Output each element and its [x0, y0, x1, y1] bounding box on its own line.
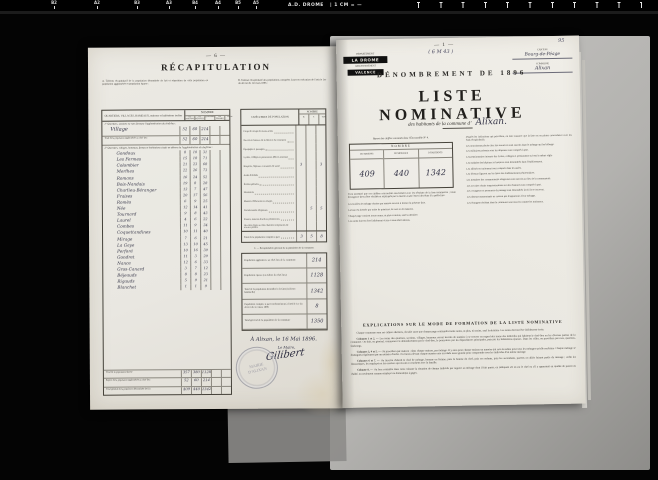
- row-value-empty: [209, 126, 219, 135]
- total-value: 1128: [201, 370, 211, 378]
- category-value: [316, 169, 326, 178]
- recap-label: Total de la population dénombrée de fait…: [244, 288, 304, 294]
- quartier-name: Blanchet: [103, 284, 180, 291]
- table-recap-generale: Population agglomérée au chef-lieu de la…: [241, 252, 327, 331]
- category-label: Hospices, hôpitaux et maisons de santé: [244, 166, 280, 169]
- category-value: 3: [316, 160, 326, 169]
- dotted-leader: [269, 209, 294, 212]
- category-value: [306, 222, 316, 231]
- category-label: Lycées, collèges et pensionnats (élèves …: [244, 157, 288, 160]
- category-value: [306, 169, 316, 178]
- category-label: Navires et bateaux de la flotte et du co…: [243, 139, 286, 142]
- intro-paragraph-b: B. Tableau récapitulatif des populations…: [238, 78, 326, 85]
- calibration-ruler: B2 A2 B3 A3 B4 A4 B5 A5 A.D. DROME | 1 C…: [0, 0, 658, 11]
- instructions-column: D'après les indications qui précèdent, o…: [466, 134, 573, 207]
- report-note: Il est essentiel que ces chiffres concor…: [348, 191, 456, 199]
- quartier-name: Village: [102, 126, 179, 135]
- table-quartiers: QUARTIERS, VILLAGES, HAMEAUX, maisons et…: [101, 109, 232, 396]
- canton-value-handwriting: Bourg-de-Péage: [512, 52, 572, 60]
- table-b-subcol: TOT.: [322, 116, 326, 118]
- table-b-total-label: Total de la population comptée à part: [244, 235, 280, 238]
- row-value-empty: [209, 136, 219, 144]
- instruction-line: D'après les indications qui précèdent, o…: [466, 134, 572, 142]
- dotted-leader: [266, 148, 294, 151]
- table-a-subcol: DE FEMMES: [215, 116, 224, 120]
- page-number: — 6 —: [186, 54, 246, 59]
- category-label: Asiles d'aliénés: [244, 175, 258, 178]
- table-b-subcol: H.: [303, 116, 305, 118]
- category-value: [316, 222, 326, 231]
- category-value: [296, 213, 306, 222]
- agglo-total-label: Total de la population agglomérée au che…: [102, 136, 179, 144]
- archive-label: A.D. DROME: [288, 3, 324, 8]
- dotted-leader: [281, 218, 294, 221]
- total-value: 1342: [201, 387, 211, 395]
- ruler-label: A3: [161, 1, 177, 9]
- instruction-line: Les aliénés en traitement sont comptés d…: [466, 165, 572, 170]
- total-value: 214: [201, 378, 211, 386]
- report-column: Report des chiffres constatés dans l'Éta…: [347, 136, 457, 226]
- category-value: [316, 152, 326, 161]
- instruction-line: Les détenus figurent sur les listes des …: [466, 171, 572, 176]
- row-value-empty: [211, 369, 221, 377]
- commune-script-handwriting: Alixan.: [475, 117, 507, 128]
- agglo-total-value: 60: [189, 136, 199, 144]
- category-label: Équipages et passagers: [244, 148, 265, 151]
- agglo-total-value: 214: [199, 136, 209, 144]
- category-label: Séminaires: [244, 192, 254, 195]
- explication-text: On fera connaître dans cette colonne la …: [351, 365, 576, 376]
- agglo-total-value: 52: [179, 136, 189, 144]
- instruction-line: Les ouvriers réunis temporairement sur d…: [467, 182, 573, 187]
- page-number: — 1 —: [414, 42, 474, 48]
- row-value-empty: [219, 126, 229, 135]
- ruler-label: A5: [248, 1, 264, 9]
- category-label: Maisons d'éducation et refuges: [244, 201, 272, 204]
- dotted-leader: [255, 192, 294, 195]
- category-label: Prisons, maisons d'arrêt et pénitenciers: [244, 218, 280, 221]
- scan-band: [0, 11, 658, 14]
- instruction-line: Les membres des communautés religieuses …: [467, 177, 573, 182]
- category-value: [306, 213, 316, 222]
- recap-value: 8: [306, 299, 326, 313]
- total-value: 357: [181, 370, 191, 378]
- ruler-ticks: [418, 2, 642, 8]
- category-value: [305, 134, 315, 143]
- report-col-header: DE MAISONS: [350, 150, 383, 159]
- denombrement-title: DÉNOMBREMENT DE 1896: [367, 68, 537, 79]
- row-value-empty: [219, 136, 229, 144]
- row-value-empty: [221, 378, 231, 386]
- category-value: [315, 134, 325, 143]
- instruction-line: Les feuilles de ménage réunies par maiso…: [348, 201, 456, 206]
- ruler-label: B2: [46, 1, 62, 9]
- total-value: 52: [181, 378, 191, 386]
- recap-label: Population comptée à part conformément à…: [244, 303, 304, 309]
- instruction-line: Les pensionnaires internes des lycées, c…: [466, 154, 572, 159]
- instruction-line: Les voyageurs et personnes de passage so…: [467, 188, 573, 193]
- table-b-subcol: F.: [313, 116, 314, 118]
- total-row: Report de la population agglomérée au ch…: [104, 377, 231, 386]
- category-value: [306, 195, 316, 204]
- category-label: Corps de troupe de toutes armes: [243, 131, 273, 134]
- page-liste-nominative: — 1 — ( 6 M 43 ) 95 DÉPARTEMENT LA DROME…: [336, 36, 586, 408]
- instruction-line: Les absents momentanés ne cessent pas d'…: [467, 194, 573, 199]
- total-label: Report de la population agglomérée au ch…: [104, 378, 181, 386]
- explication-paragraph: Colonne 8. — On fera connaître dans cett…: [351, 365, 576, 376]
- place-date-handwriting: À Alixan, le 16 Mai 1896.: [238, 336, 330, 343]
- table-b-total-row: Total de la population comptée à part 3 …: [242, 230, 326, 242]
- category-value: [295, 143, 305, 152]
- total-value: 440: [191, 387, 201, 395]
- instruction-line: Les étrangers résidant dans la commune s…: [467, 199, 573, 204]
- ruler-label: A2: [89, 1, 105, 9]
- category-value: [295, 134, 305, 143]
- paper-stain: [318, 336, 344, 391]
- recap-value: 1342: [306, 284, 326, 298]
- category-label: Ouvriers réunis sur des chantiers tempor…: [244, 224, 293, 229]
- table-a-footer: Total de la population éparse 357 380 11…: [104, 368, 231, 394]
- report-caption: Report des chiffres constatés dans l'Éta…: [347, 136, 455, 141]
- report-value-maisons: 409: [350, 159, 384, 189]
- recap-label: Population agglomérée au chef-lieu de la…: [244, 259, 296, 262]
- scale-label: | 1 CM = —: [330, 3, 362, 8]
- intro-paragraph-a: A. Tableau récapitulatif de la populatio…: [102, 79, 208, 86]
- dotted-leader: [260, 183, 294, 186]
- category-value: [306, 152, 316, 161]
- recap-row: Total général de la population de la com…: [243, 314, 327, 330]
- row-value: 9: [200, 284, 210, 290]
- instructions-left: Les feuilles de ménage réunies par maiso…: [348, 201, 456, 223]
- recap-label: Population éparse (en dehors du chef-lie…: [244, 274, 286, 277]
- category-value: 5: [306, 204, 316, 213]
- total-value: 60: [191, 378, 201, 386]
- category-value: [316, 195, 326, 204]
- recapitulation-title: RÉCAPITULATION: [128, 61, 304, 72]
- row-value: 52: [179, 126, 189, 135]
- report-table: NOMBRE DE MAISONS DE MÉNAGES D'HABITANTS…: [349, 142, 454, 190]
- total-row: Total général de la population dénombrée…: [104, 385, 231, 394]
- table-categories: CATÉGORIES DE POPULATION NOMBRE H. F. TO…: [240, 108, 327, 243]
- category-label: Écoles spéciales: [244, 183, 259, 186]
- total-label: Total de la population éparse: [104, 370, 181, 378]
- table-row: Blanchet 1 1 9: [103, 284, 230, 291]
- explication-paragraph: Colonnes 1 et 2. — Les noms des quartier…: [350, 334, 575, 348]
- page-recapitulation: — 6 — RÉCAPITULATION A. Tableau récapitu…: [88, 46, 346, 410]
- row-value: 1: [190, 284, 200, 290]
- row-value-empty: [210, 284, 220, 290]
- instruction-line: Les nourrissons placés chez des nourrice…: [466, 142, 572, 147]
- category-value: [316, 213, 326, 222]
- instruction-line: Les militaires présents sous les drapeau…: [466, 148, 572, 153]
- row-value-empty: [220, 284, 230, 290]
- category-value: [295, 125, 305, 134]
- row-value-empty: [221, 386, 231, 394]
- corner-mark-handwriting: 95: [558, 38, 564, 44]
- row-value-empty: [221, 369, 231, 377]
- table-b-header: CATÉGORIES DE POPULATION: [251, 116, 289, 119]
- recap-row: Population éparse (en dehors du chef-lie…: [242, 269, 326, 285]
- dotted-leader: [287, 139, 293, 142]
- category-value: [296, 195, 306, 204]
- cote-handwriting: ( 6 M 43 ): [428, 49, 453, 55]
- category-label: Communautés religieuses: [244, 210, 268, 213]
- instruction-line: Chaque page contient trente noms, ni plu…: [348, 213, 456, 218]
- recap-label: Total général de la population de la com…: [245, 320, 291, 323]
- category-value: [296, 178, 306, 187]
- dotted-leader: [281, 235, 294, 238]
- category-value: [296, 187, 306, 196]
- ruler-label: B4: [187, 1, 203, 9]
- ruler-label: A4: [210, 1, 226, 9]
- instruction-line: La liste est dressée par ordre de quarti…: [348, 207, 456, 212]
- report-col-header: D'HABITANTS: [418, 149, 452, 158]
- row-value: 214: [199, 126, 209, 135]
- recap-row: Total de la population dénombrée de fait…: [242, 284, 326, 300]
- category-value: [296, 222, 306, 231]
- category-value: [296, 152, 306, 161]
- category-value: [315, 143, 325, 152]
- table-c-title: C. — Récapitulation générale de la popul…: [241, 246, 327, 250]
- dotted-leader: [281, 165, 294, 168]
- category-value: [306, 178, 316, 187]
- total-row: Total de la population éparse 357 380 11…: [104, 368, 231, 377]
- instruction-line: Les noms doivent être lisiblement écrits…: [348, 218, 456, 223]
- report-value-habitants: 1342: [418, 158, 453, 188]
- explications-block: Chaque commune aura ses cahiers distinct…: [350, 328, 576, 379]
- total-label: Total général de la population dénombrée…: [104, 387, 181, 395]
- table-b-total-value: 3: [296, 231, 306, 241]
- category-value: [306, 160, 316, 169]
- table-a-subcol: TOTAL: [225, 116, 234, 118]
- table-a-subcol: DE MÉNAGES: [195, 116, 204, 120]
- category-value: [316, 187, 326, 196]
- category-value: [296, 204, 306, 213]
- table-a-subcol: DE MAISONS: [185, 116, 194, 120]
- category-value: [305, 125, 315, 134]
- total-value: 409: [181, 387, 191, 395]
- instruction-line: Les malades des hôpitaux et hospices son…: [466, 160, 572, 165]
- category-value: [315, 125, 325, 134]
- scan-viewer: B2 A2 B3 A3 B4 A4 B5 A5 A.D. DROME | 1 C…: [0, 0, 658, 480]
- row-value: 1: [180, 284, 190, 290]
- table-b-total-value: 5: [306, 231, 316, 241]
- table-b-total-value: 8: [316, 231, 326, 241]
- category-value: [296, 169, 306, 178]
- row-value-empty: [211, 386, 221, 394]
- category-value: 3: [296, 160, 306, 169]
- dotted-leader: [273, 200, 294, 203]
- category-value: [316, 178, 326, 187]
- ruler-label: B5: [230, 1, 246, 9]
- category-value: [305, 143, 315, 152]
- row-value-empty: [211, 378, 221, 386]
- row-value: 60: [189, 126, 199, 135]
- table-a-subcol: D'HOMMES: [205, 116, 214, 118]
- dotted-leader: [289, 157, 294, 160]
- dotted-leader: [259, 174, 294, 177]
- total-value: 380: [191, 370, 201, 378]
- category-value: [306, 187, 316, 196]
- recap-row: Population comptée à part conformément à…: [242, 299, 326, 315]
- ruler-label: B3: [129, 1, 145, 9]
- recap-value: 1128: [306, 269, 326, 283]
- recap-value: 1350: [307, 314, 327, 328]
- departement-stamp: LA DROME: [343, 56, 387, 64]
- recap-value: 214: [306, 253, 326, 267]
- explication-text: Les noms des quartiers, sections, villag…: [351, 334, 576, 348]
- report-col-header: DE MÉNAGES: [383, 150, 417, 159]
- dotted-leader: [274, 130, 293, 133]
- category-value: 5: [316, 204, 326, 213]
- table-a-main-header: QUARTIERS, VILLAGES, HAMEAUX, maisons et…: [104, 114, 182, 117]
- explications-title: EXPLICATIONS SUR LE MODE DE FORMATION DE…: [351, 319, 574, 328]
- report-value-menages: 440: [384, 159, 419, 189]
- recap-row: Population agglomérée au chef-lieu de la…: [242, 253, 326, 269]
